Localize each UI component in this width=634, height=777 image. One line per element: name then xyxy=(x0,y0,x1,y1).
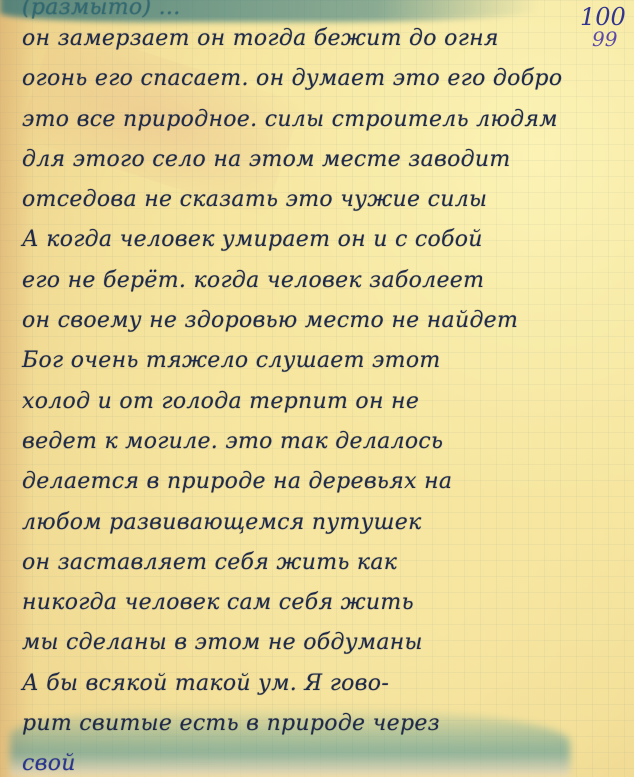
text-line: холод и от голода терпит он не xyxy=(22,382,582,422)
text-line: А когда человек умирает он и с собой xyxy=(22,220,582,260)
page-number-alt: 99 xyxy=(592,27,617,51)
text-line: это все природное. силы строитель людям xyxy=(22,100,582,140)
text-line: огонь его спасает. он думает это его доб… xyxy=(22,59,582,99)
text-line: делается в природе на деревьях на xyxy=(22,462,582,502)
text-line: его не берёт. когда человек заболеет xyxy=(22,261,582,301)
text-line: свой xyxy=(22,744,582,777)
text-line: А бы всякой такой ум. Я гово- xyxy=(22,664,582,704)
text-line: мы сделаны в этом не обдуманы xyxy=(22,623,582,663)
text-line: он заставляет себя жить как xyxy=(22,543,582,583)
text-line: отседова не сказать это чужие силы xyxy=(22,180,582,220)
text-line: рит свитые есть в природе через xyxy=(22,704,582,744)
text-line: (размыто) ... xyxy=(22,1,582,19)
text-line: ведет к могиле. это так делалось xyxy=(22,422,582,462)
text-line: Бог очень тяжело слушает этот xyxy=(22,341,582,381)
text-line: он своему не здоровью место не найдет xyxy=(22,301,582,341)
handwritten-text-block: (размыто) ... он замерзает он тогда бежи… xyxy=(22,15,582,777)
text-line: никогда человек сам себя жить xyxy=(22,583,582,623)
notebook-page: 100 99 (размыто) ... он замерзает он тог… xyxy=(0,0,634,777)
text-line: для этого село на этом месте заводит xyxy=(22,140,582,180)
text-line: он замерзает он тогда бежит до огня xyxy=(22,19,582,59)
text-line: любом развивающемся путушек xyxy=(22,503,582,543)
